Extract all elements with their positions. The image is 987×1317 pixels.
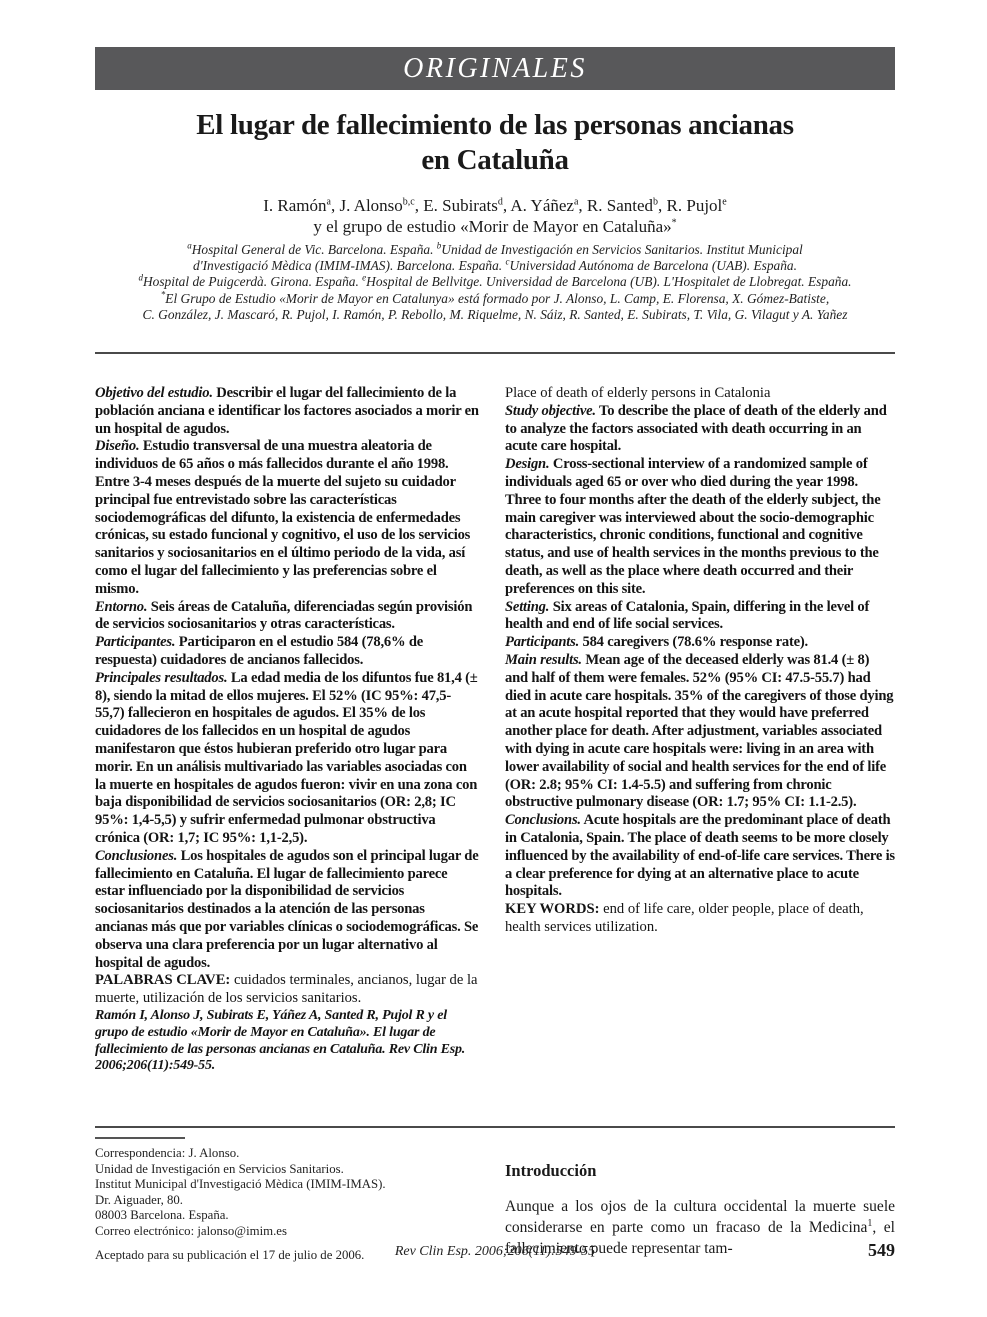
abstract-paragraph-objetivo: Objetivo del estudio. Describir el lugar… <box>95 385 480 438</box>
abstract-paragraph-diseno: Diseño. Estudio transversal de una muest… <box>95 438 480 598</box>
authors-block: I. Ramóna, J. Alonsob,c, E. Subiratsd, A… <box>95 195 895 237</box>
affiliation-line: d'Investigació Mèdica (IMIM-IMAS). Barce… <box>95 258 895 274</box>
citation-paragraph: Ramón I, Alonso J, Subirats E, Yáñez A, … <box>95 1008 480 1075</box>
page-footer: Rev Clin Esp. 2006;206(11):549-55 549 <box>95 1242 895 1260</box>
correspondence-line: Dr. Aiguader, 80. <box>95 1193 480 1209</box>
spanish-abstract: Objetivo del estudio. Describir el lugar… <box>95 385 480 1108</box>
correspondence-line: Institut Municipal d'Investigació Mèdica… <box>95 1177 480 1193</box>
section-banner-label: ORIGINALES <box>403 53 587 85</box>
journal-page: ORIGINALES El lugar de fallecimiento de … <box>0 0 987 1317</box>
correspondence-line: Unidad de Investigación en Servicios San… <box>95 1162 480 1178</box>
abstract-paragraph-conclusiones: Conclusiones. Los hospitales de agudos s… <box>95 848 480 973</box>
affiliation-line: dHospital de Puigcerdà. Girona. España. … <box>95 274 895 290</box>
correspondence-email-line: Correo electrónico: jalonso@imim.es <box>95 1224 480 1240</box>
article-title-line1: El lugar de fallecimiento de las persona… <box>196 109 794 141</box>
english-keywords: KEY WORDS: end of life care, older peopl… <box>505 901 895 937</box>
abstract-paragraph-design: Design. Cross-sectional interview of a r… <box>505 456 895 598</box>
abstract-paragraph-participantes: Participantes. Participaron en el estudi… <box>95 634 480 670</box>
spanish-keywords: PALABRAS CLAVE: cuidados terminales, anc… <box>95 972 480 1008</box>
introduction-heading: Introducción <box>505 1161 895 1181</box>
affiliation-line: *El Grupo de Estudio «Morir de Mayor en … <box>95 291 895 307</box>
affiliations-block: aHospital General de Vic. Barcelona. Esp… <box>95 242 895 323</box>
article-title-line2: en Cataluña <box>421 144 568 176</box>
abstract-paragraph-resultados: Principales resultados. La edad media de… <box>95 670 480 848</box>
section-banner: ORIGINALES <box>95 47 895 90</box>
affiliation-line: C. González, J. Mascaró, R. Pujol, I. Ra… <box>95 307 895 323</box>
abstract-paragraph-main-results: Main results. Mean age of the deceased e… <box>505 652 895 812</box>
article-title: El lugar de fallecimiento de las persona… <box>95 108 895 178</box>
english-abstract-title: Place of death of elderly persons in Cat… <box>505 385 895 403</box>
correspondence-line: 08003 Barcelona. España. <box>95 1208 480 1224</box>
authors-line2: y el grupo de estudio «Morir de Mayor en… <box>95 216 895 237</box>
authors-line1: I. Ramóna, J. Alonsob,c, E. Subiratsd, A… <box>95 195 895 216</box>
abstract-paragraph-participants: Participants. 584 caregivers (78.6% resp… <box>505 634 895 652</box>
divider-rule-top <box>95 352 895 354</box>
page-number: 549 <box>868 1240 895 1261</box>
abstract-paragraph-entorno: Entorno. Seis áreas de Cataluña, diferen… <box>95 599 480 635</box>
affiliation-line: aHospital General de Vic. Barcelona. Esp… <box>95 242 895 258</box>
abstract-paragraph-setting: Setting. Six areas of Catalonia, Spain, … <box>505 599 895 635</box>
divider-rule-bottom <box>95 1126 895 1128</box>
abstract-paragraph-objective: Study objective. To describe the place o… <box>505 403 895 456</box>
abstract-columns: Objetivo del estudio. Describir el lugar… <box>95 385 895 1108</box>
footer-journal-ref: Rev Clin Esp. 2006;206(11):549-55 <box>395 1244 595 1259</box>
abstract-paragraph-conclusions: Conclusions. Acute hospitals are the pre… <box>505 812 895 901</box>
correspondence-rule <box>95 1137 185 1139</box>
correspondence-line: Correspondencia: J. Alonso. <box>95 1146 480 1162</box>
english-abstract: Place of death of elderly persons in Cat… <box>505 385 895 1108</box>
